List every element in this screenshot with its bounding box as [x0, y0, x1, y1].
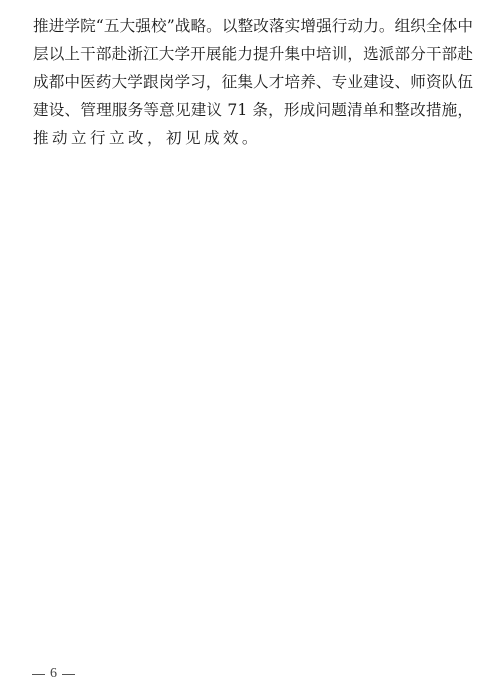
paragraph-line: 推动立行立改，初见成效。 — [33, 124, 473, 152]
dash-right — [62, 674, 75, 675]
document-page: 推进学院“五大强校”战略。以整改落实增强行动力。组织全体中 层以上干部赴浙江大学… — [0, 0, 499, 697]
paragraph-line: 成都中医药大学跟岗学习，征集人才培养、专业建设、师资队伍 — [33, 68, 473, 96]
dash-left — [32, 674, 45, 675]
paragraph-line: 建设、管理服务等意见建议 71 条，形成问题清单和整改措施， — [33, 96, 473, 124]
page-number: 6 — [50, 664, 57, 684]
paragraph-line: 层以上干部赴浙江大学开展能力提升集中培训，选派部分干部赴 — [33, 40, 473, 68]
page-footer: 6 — [32, 664, 75, 684]
paragraph-line: 推进学院“五大强校”战略。以整改落实增强行动力。组织全体中 — [33, 12, 473, 40]
body-paragraph: 推进学院“五大强校”战略。以整改落实增强行动力。组织全体中 层以上干部赴浙江大学… — [33, 12, 473, 152]
